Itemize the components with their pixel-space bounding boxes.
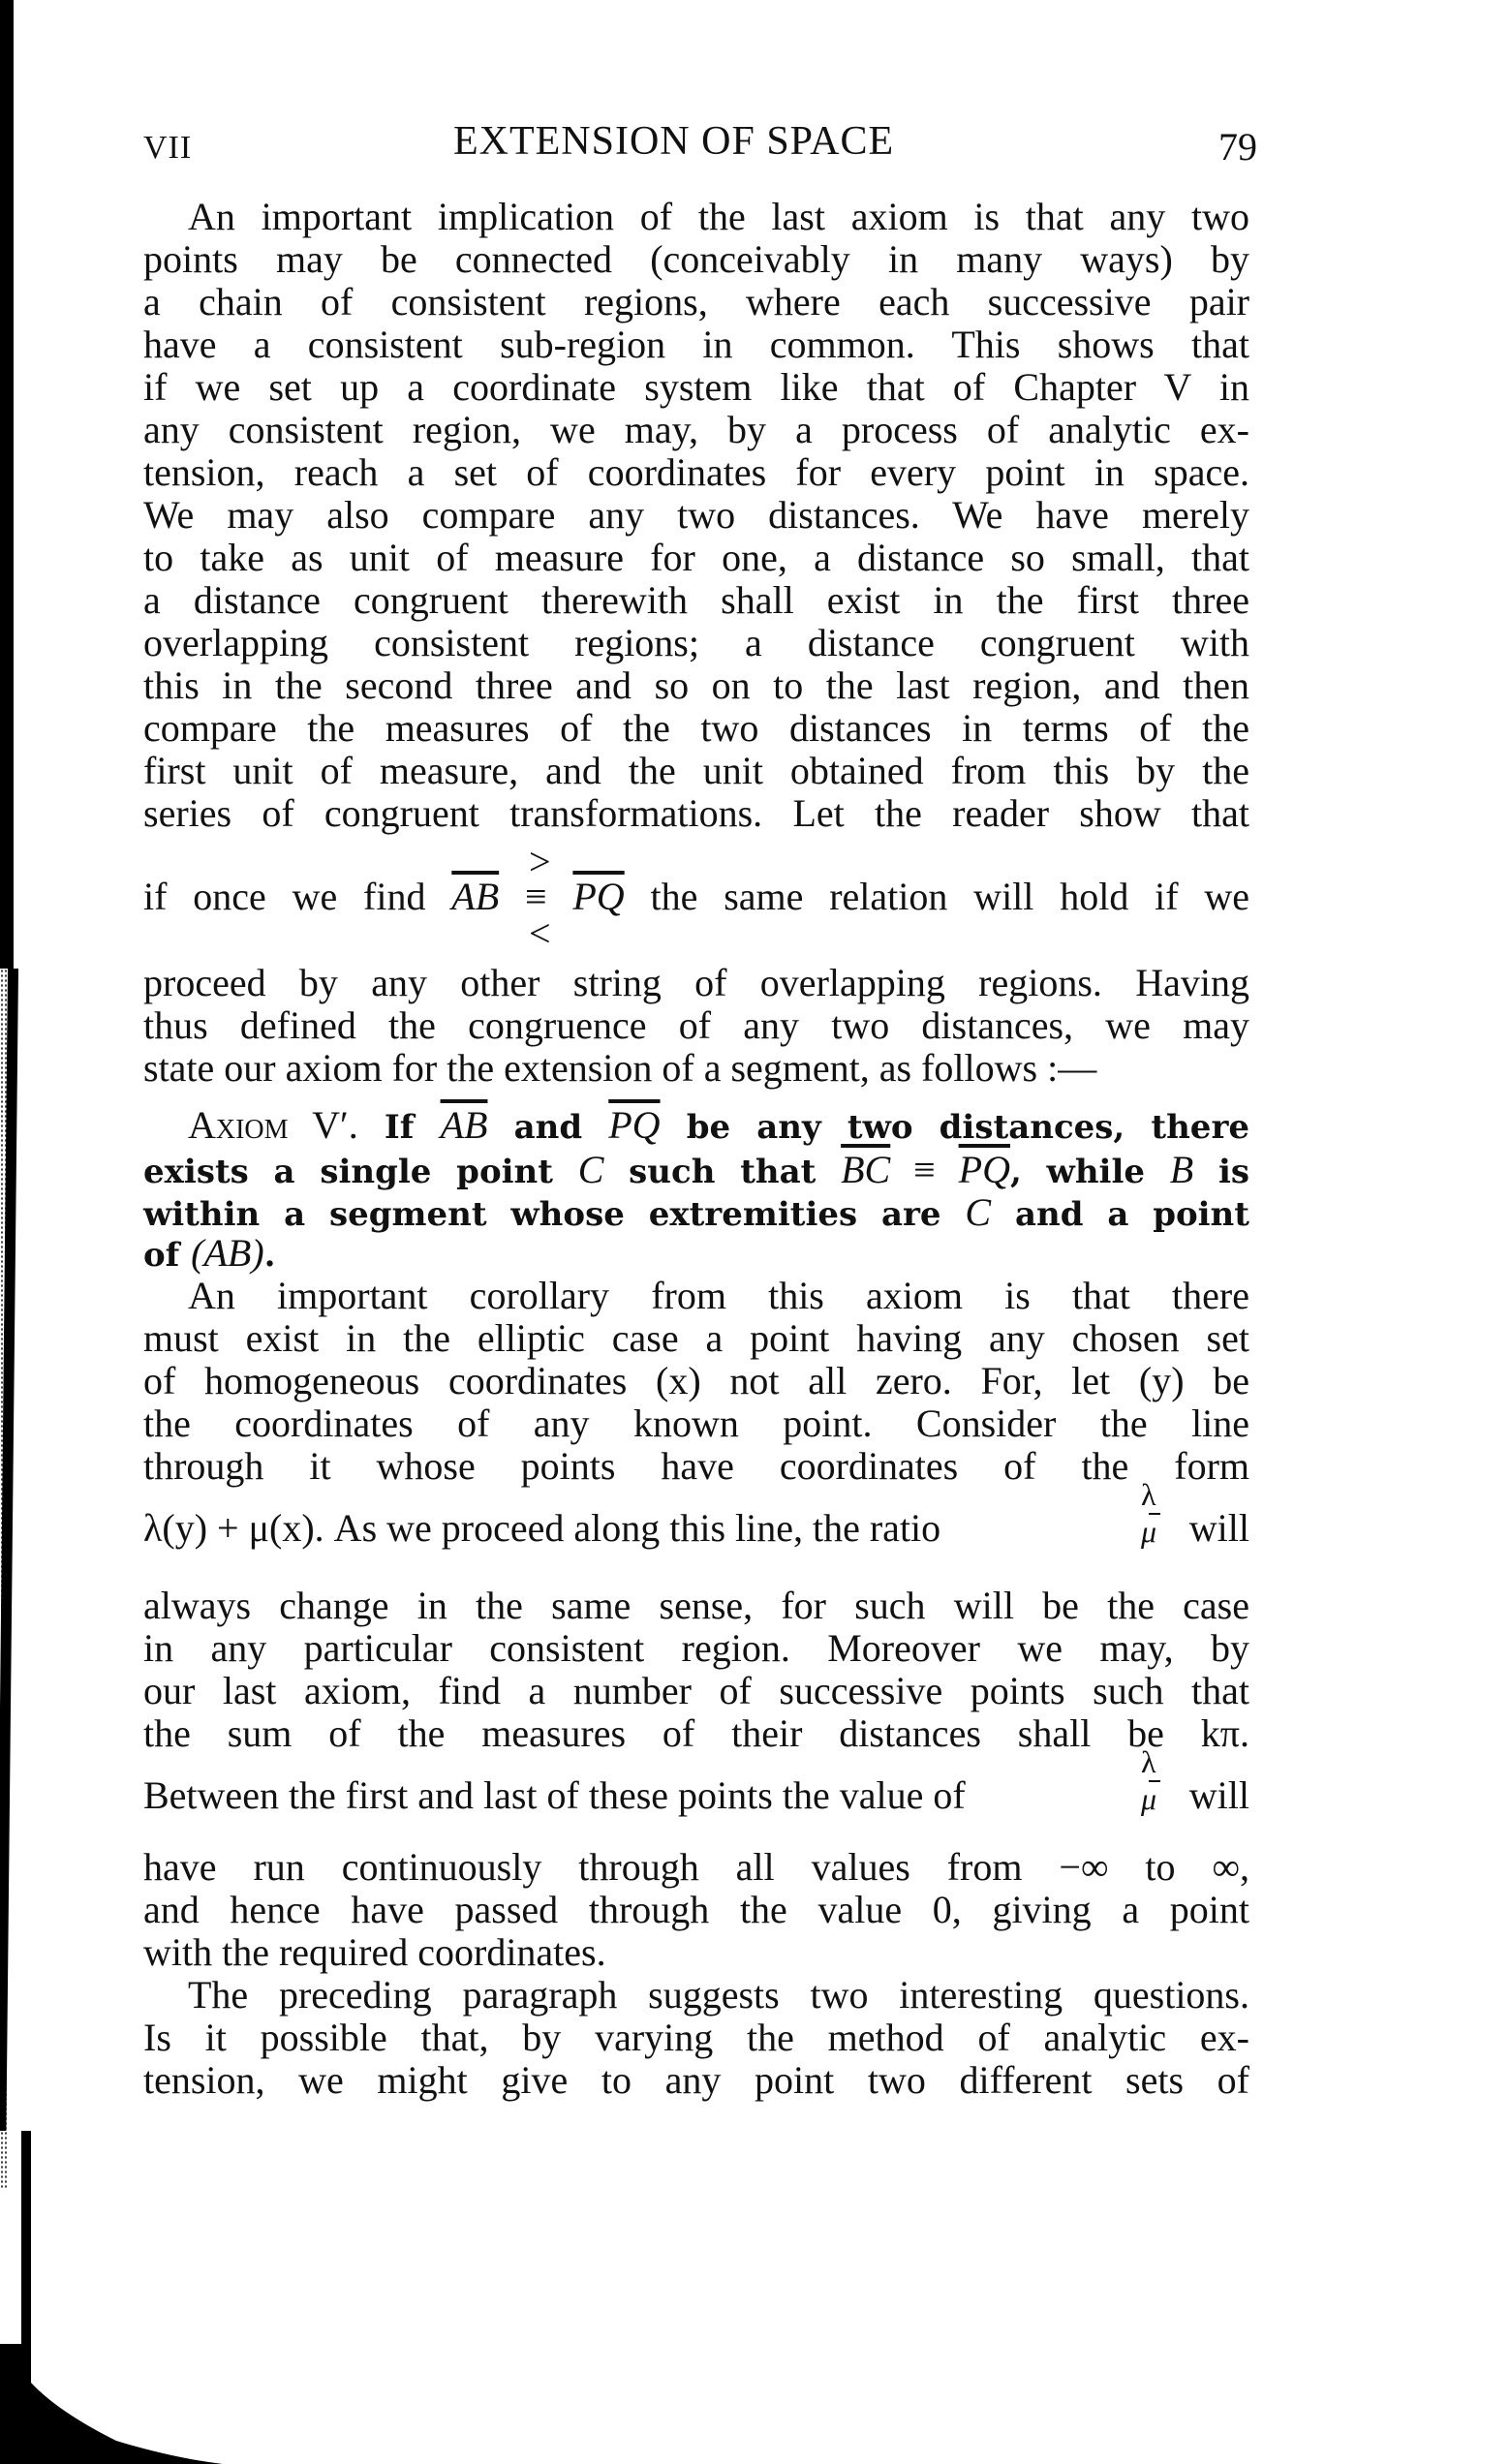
relation-line: if once we find AB ≡>< PQ the same relat… [143, 876, 1249, 918]
less-than-symbol: < [529, 914, 551, 953]
segment-pq: PQ [608, 1103, 660, 1147]
relation-symbol: ≡>< [525, 876, 547, 918]
text-line: have a consistent sub-region in common. … [143, 323, 1249, 366]
congruent-symbol: ≡ [890, 1148, 958, 1191]
text-line: proceed by any other string of overlappi… [143, 962, 1249, 1004]
text-line: if we set up a coordinate system like th… [143, 366, 1249, 409]
axiom-text: of [143, 1236, 191, 1275]
relation-text-before: if once we find [143, 875, 451, 918]
axiom-text: . [264, 1236, 276, 1275]
text-line: our last axiom, find a number of success… [143, 1670, 1249, 1712]
fraction-denominator: μ [1141, 1784, 1168, 1813]
point-c: C [965, 1190, 991, 1234]
text-line: any consistent region, we may, by a proc… [143, 409, 1249, 451]
text-line: first unit of measure, and the unit obta… [143, 750, 1249, 792]
text-line: The preceding paragraph suggests two int… [143, 1974, 1249, 2017]
axiom-text: and a point [991, 1195, 1249, 1234]
ratio-text: Between the first and last of these poin… [143, 1773, 966, 1817]
text-line: a chain of consistent regions, where eac… [143, 281, 1249, 323]
chapter-number: VII [143, 130, 192, 167]
axiom-text: within a segment whose extremities are [143, 1195, 965, 1234]
text-line: have run continuously through all values… [143, 1846, 1249, 1889]
point-c: C [578, 1148, 604, 1191]
text-line: thus defined the congruence of any two d… [143, 1004, 1249, 1047]
ratio-line: Between the first and last of these poin… [143, 1774, 1249, 1817]
axiom-text: be any two distances, there [661, 1108, 1249, 1147]
axiom-line: Axiom V′. If AB and PQ be any two distan… [143, 1104, 1249, 1147]
segment-bc: BC [841, 1148, 890, 1191]
axiom-line: within a segment whose extremities are C… [143, 1191, 1249, 1234]
text-line: series of congruent transformations. Let… [143, 792, 1249, 835]
text-line: overlapping consistent regions; a distan… [143, 622, 1249, 664]
ratio-text-after: will [1189, 1507, 1249, 1550]
text-line: of homogeneous coordinates (x) not all z… [143, 1360, 1249, 1402]
axiom-text: If [358, 1108, 441, 1147]
text-line: the coordinates of any known point. Cons… [143, 1402, 1249, 1445]
segment-ab: AB [441, 1103, 488, 1147]
text-line: An important corollary from this axiom i… [143, 1275, 1249, 1317]
text-line: must exist in the elliptic case a point … [143, 1317, 1249, 1360]
text-line: the sum of the measures of their distanc… [143, 1712, 1249, 1755]
relation-text-after: the same relation will hold if we [625, 875, 1249, 918]
axiom-text: such that [603, 1153, 841, 1191]
page-number: 79 [1218, 124, 1257, 169]
text-line: We may also compare any two distances. W… [143, 494, 1249, 537]
scan-corner-shadow [0, 2344, 232, 2464]
scan-edge-top [0, 0, 14, 969]
running-header: VII EXTENSION OF SPACE 79 [143, 118, 1257, 167]
text-line: a distance congruent therewith shall exi… [143, 579, 1249, 622]
text-line: tension, we might give to any point two … [143, 2059, 1249, 2102]
text-line: and hence have passed through the value … [143, 1889, 1249, 1931]
segment-pq: PQ [959, 1148, 1010, 1191]
text-line: tension, reach a set of coordinates for … [143, 451, 1249, 494]
segment-ab-ray: (AB) [191, 1231, 264, 1275]
text-line: always change in the same sense, for suc… [143, 1585, 1249, 1627]
text-line: Is it possible that, by varying the meth… [143, 2017, 1249, 2059]
text-line: An important implication of the last axi… [143, 196, 1249, 238]
point-b: B [1170, 1148, 1193, 1191]
fraction-denominator: μ [1141, 1517, 1168, 1546]
axiom-line: exists a single point C such that BC ≡ P… [143, 1149, 1249, 1191]
text-line: compare the measures of the two distance… [143, 707, 1249, 750]
ratio-text: λ(y) + μ(x). As we proceed along this li… [143, 1506, 940, 1550]
fraction-numerator: λ [1141, 1747, 1168, 1776]
axiom-label: Axiom V′. [188, 1103, 358, 1147]
segment-ab: AB [451, 875, 499, 918]
ratio-text-after: will [1189, 1774, 1249, 1817]
text-line: points may be connected (conceivably in … [143, 238, 1249, 281]
page-title: EXTENSION OF SPACE [453, 118, 894, 165]
fraction-numerator: λ [1141, 1480, 1168, 1509]
text-line: with the required coordinates. [143, 1931, 1249, 1974]
axiom-text: is [1193, 1153, 1249, 1191]
axiom-line: of (AB). [143, 1232, 1249, 1275]
axiom-text: , while [1010, 1153, 1170, 1191]
greater-than-symbol: > [529, 843, 551, 881]
axiom-text: and [487, 1108, 608, 1147]
axiom-text: exists a single point [143, 1153, 578, 1191]
ratio-line: λ(y) + μ(x). As we proceed along this li… [143, 1507, 1249, 1550]
text-line: to take as unit of measure for one, a di… [143, 537, 1249, 579]
text-line: state our axiom for the extension of a s… [143, 1047, 1249, 1090]
text-line: through it whose points have coordinates… [143, 1445, 1249, 1488]
fraction-lambda-mu: λμ [1141, 1747, 1168, 1813]
text-line: this in the second three and so on to th… [143, 664, 1249, 707]
fraction-lambda-mu: λμ [1141, 1480, 1168, 1546]
segment-pq: PQ [572, 875, 624, 918]
text-line: in any particular consistent region. Mor… [143, 1627, 1249, 1670]
